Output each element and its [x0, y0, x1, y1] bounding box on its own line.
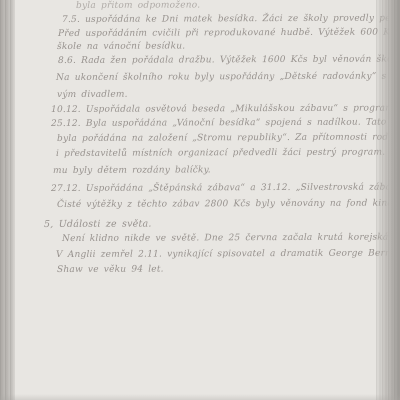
- handwritten-line: i představitelů místních organizací před…: [56, 147, 400, 159]
- handwritten-line: Čisté výtěžky z těchto zábav 2800 Kčs by…: [57, 199, 396, 210]
- handwritten-line: škole na vánoční besídku.: [57, 41, 185, 52]
- scan-edge-bottom: [0, 394, 400, 400]
- handwritten-line: Není klidno nikde ve světě. Dne 25 červn…: [62, 232, 400, 244]
- handwritten-line: V Anglii zemřel 2.11. vynikající spisova…: [56, 248, 400, 260]
- handwritten-line: Shaw ve věku 94 let.: [57, 265, 164, 275]
- handwritten-line: Na ukončení školního roku byly uspořádán…: [56, 71, 400, 83]
- scan-edge-left: [0, 0, 15, 400]
- handwritten-section-heading: 5, Události ze světa.: [44, 219, 152, 230]
- handwritten-line: byla pořádána na založení „Stromu republ…: [57, 132, 400, 144]
- scanned-page: byla přitom odpomoženo. 7.5. uspořádána …: [0, 0, 400, 400]
- handwritten-line: 27.12. Uspořádána „Štěpánská zábava“ a 3…: [51, 182, 400, 194]
- handwritten-text-block: byla přitom odpomoženo. 7.5. uspořádána …: [0, 0, 400, 400]
- handwritten-line: 25.12. Byla uspořádána „Vánoční besídka“…: [51, 117, 400, 129]
- scan-edge-right: [376, 0, 400, 400]
- handwritten-line: 10.12. Uspořádala osvětová beseda „Mikul…: [51, 103, 400, 115]
- handwritten-line: Před uspořádáním cvičili při reprodukova…: [58, 27, 400, 39]
- handwritten-line: byla přitom odpomoženo.: [76, 0, 200, 11]
- handwritten-line: 8.6. Rada žen pořádala dražbu. Výtěžek 1…: [58, 54, 400, 66]
- handwritten-line: vým divadlem.: [57, 90, 128, 100]
- handwritten-line: 7.5. uspořádána ke Dni matek besídka. Žá…: [62, 13, 400, 25]
- handwritten-line: mu byly dětem rozdány balíčky.: [53, 165, 211, 176]
